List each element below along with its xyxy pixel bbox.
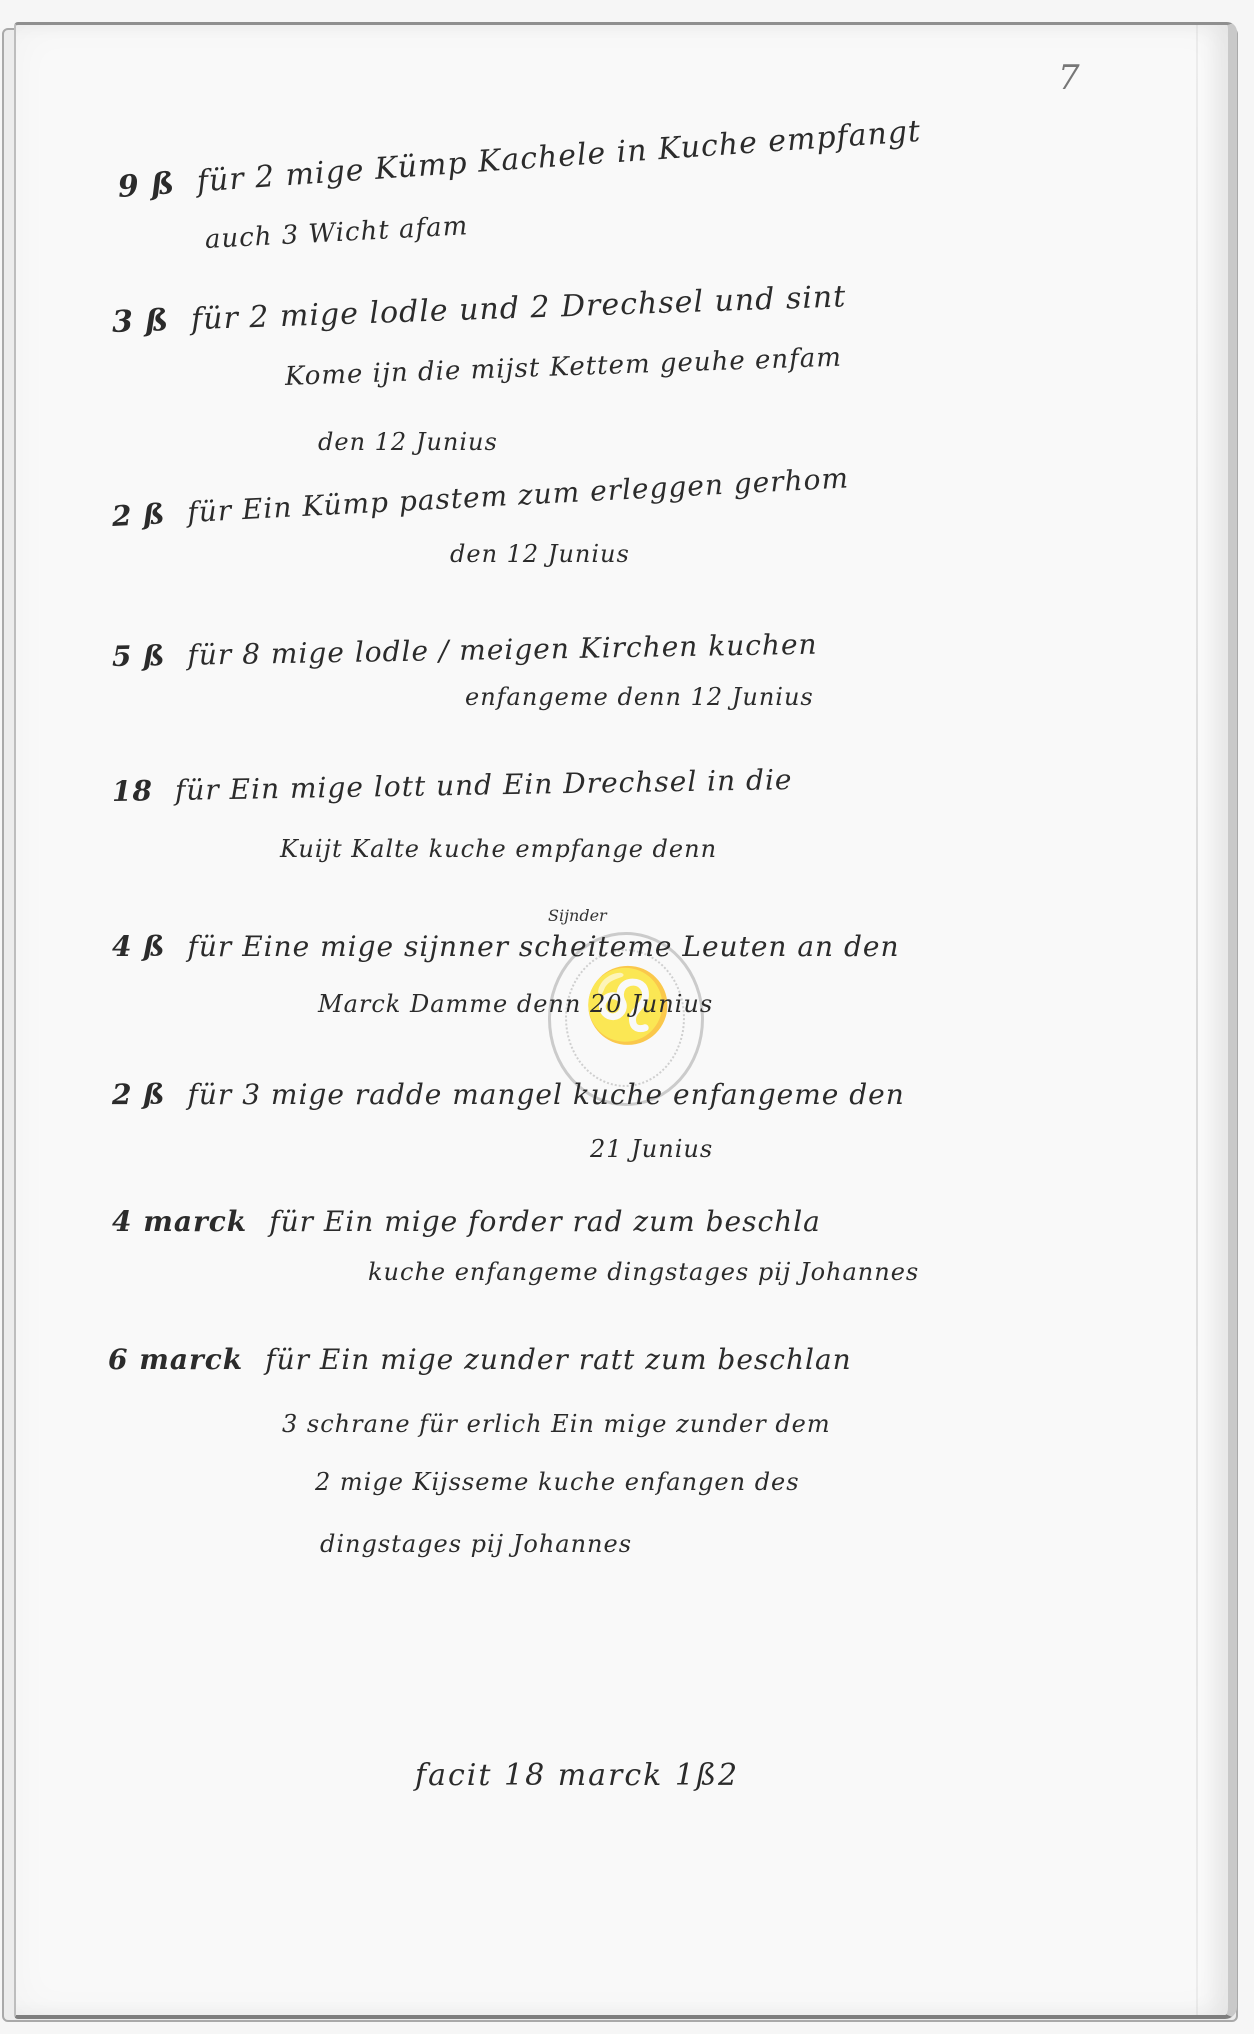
- entry-7-amount: 2 ß: [112, 1078, 166, 1111]
- entry-8-amount: 4 marck: [112, 1205, 247, 1238]
- entry-9-line-1: 6 marckfür Ein mige zunder ratt zum besc…: [108, 1343, 852, 1376]
- entry-3-line-2: den 12 Junius: [450, 540, 630, 568]
- entry-5-line-2: Kuijt Kalte kuche empfange denn: [280, 835, 717, 863]
- sum-total: facit 18 marck 1ß2: [415, 1758, 739, 1793]
- entry-9-line-3: 2 mige Kijsseme kuche enfangen des: [315, 1468, 800, 1496]
- entry-6-line-2: Marck Damme denn 20 Junius: [318, 990, 713, 1018]
- entry-7-line-2: 21 Junius: [590, 1135, 713, 1163]
- entry-2-amount: 3 ß: [111, 303, 169, 340]
- entry-8-line-2: kuche enfangeme dingstages pij Johannes: [368, 1258, 919, 1286]
- entry-6-interlinear-note: Sijnder: [548, 906, 607, 925]
- entry-6-line-1: 4 ßfür Eine mige sijnner scheiteme Leute…: [112, 930, 899, 963]
- entry-9-line-4: dingstages pij Johannes: [320, 1530, 632, 1558]
- entry-4-line-2: enfangeme denn 12 Junius: [465, 683, 814, 711]
- entry-3-amount: 2 ß: [111, 497, 166, 533]
- folio-number: 7: [1058, 58, 1080, 98]
- entry-4-amount: 5 ß: [112, 639, 166, 673]
- entry-9-amount: 6 marck: [108, 1343, 243, 1376]
- entry-6-amount: 4 ß: [112, 930, 166, 963]
- entry-9-line-2: 3 schrane für erlich Ein mige zunder dem: [282, 1410, 831, 1438]
- entry-2-line-3: den 12 Junius: [318, 428, 498, 456]
- entry-7-line-1: 2 ßfür 3 mige radde mangel kuche enfange…: [112, 1078, 905, 1111]
- entry-8-line-1: 4 marckfür Ein mige forder rad zum besch…: [112, 1205, 821, 1238]
- entry-5-amount: 18: [112, 774, 154, 808]
- page-fold-shadow: [1196, 25, 1198, 2015]
- entry-1-amount: 9 ß: [117, 166, 176, 205]
